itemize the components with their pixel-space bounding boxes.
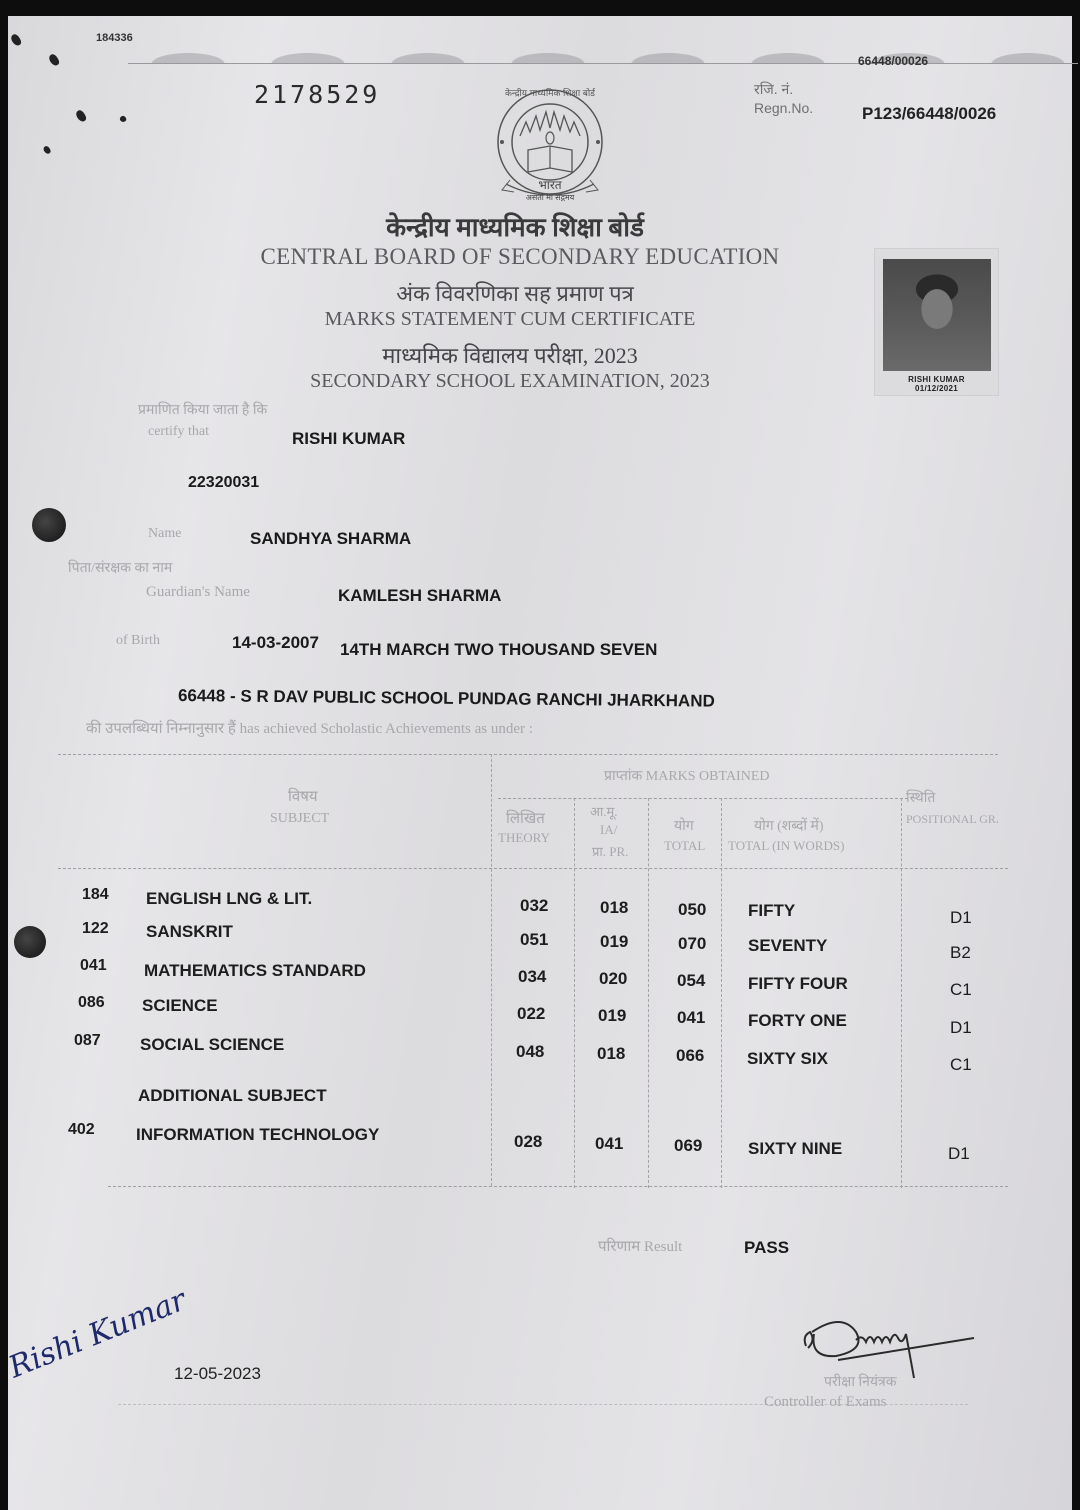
header-total-hindi: योग <box>674 816 694 835</box>
dob-label: of Birth <box>116 633 160 649</box>
controller-label: Controller of Exams <box>764 1394 886 1411</box>
school-name: 66448 - S R DAV PUBLIC SCHOOL PUNDAG RAN… <box>178 686 715 712</box>
total-in-words: FIFTY <box>748 901 795 921</box>
total-marks: 069 <box>674 1136 702 1156</box>
header-words-hindi: योग (शब्दों में) <box>754 816 824 835</box>
total-marks: 070 <box>678 934 706 954</box>
mother-name-label: Name <box>148 526 181 542</box>
header-subject-hindi: विषय <box>288 786 318 806</box>
paper-hole <box>75 109 88 123</box>
ia-marks: 018 <box>600 898 628 918</box>
student-photo: RISHI KUMAR 01/12/2021 <box>874 248 999 396</box>
certify-label: certify that <box>148 424 209 440</box>
column-divider <box>901 798 902 1188</box>
theory-marks: 051 <box>520 930 548 950</box>
photo-caption-name: RISHI KUMAR <box>875 375 998 384</box>
total-in-words: FORTY ONE <box>748 1011 847 1031</box>
school-reference-top: 66448/00026 <box>858 54 928 68</box>
subject-code: 122 <box>82 920 109 938</box>
guardian-label: Guardian's Name <box>146 584 250 601</box>
subject-name: SOCIAL SCIENCE <box>140 1035 284 1055</box>
header-theory: THEORY <box>498 830 550 846</box>
security-guilloche-band <box>128 38 1078 64</box>
theory-marks: 032 <box>520 896 548 916</box>
total-marks: 041 <box>677 1008 705 1028</box>
result-label-english: Result <box>644 1239 682 1255</box>
achievement-text-hindi: की उपलब्धियां निम्नानुसार हैं <box>86 721 236 737</box>
column-divider <box>574 798 575 1188</box>
positional-grade: C1 <box>950 1055 972 1075</box>
subject-name: SCIENCE <box>142 996 218 1016</box>
achievement-text-english: has achieved Scholastic Achievements as … <box>240 721 533 737</box>
board-name-hindi: केन्द्रीय माध्यमिक शिक्षा बोर्ड <box>8 208 1072 244</box>
result-value: PASS <box>744 1238 789 1258</box>
seal-text-top: केन्द्रीय माध्यमिक शिक्षा बोर्ड <box>486 86 614 99</box>
theory-marks: 048 <box>516 1042 544 1062</box>
table-header-bottom-border <box>58 868 1008 869</box>
additional-subject-label: ADDITIONAL SUBJECT <box>138 1086 327 1106</box>
guardian-label-hindi: पिता/संरक्षक का नाम <box>68 558 172 577</box>
theory-marks: 034 <box>518 967 546 987</box>
paper-hole <box>42 145 51 155</box>
header-marks-group-english: MARKS OBTAINED <box>646 769 770 784</box>
achievement-text: की उपलब्धियां निम्नानुसार हैं has achiev… <box>86 718 533 738</box>
paper-hole <box>10 33 23 47</box>
marks-group-divider <box>498 798 908 799</box>
subject-code: 087 <box>74 1032 101 1050</box>
total-marks: 066 <box>676 1046 704 1066</box>
controller-label-hindi: परीक्षा नियंत्रक <box>824 1372 896 1391</box>
paper-hole <box>119 115 127 123</box>
ia-marks: 018 <box>597 1044 625 1064</box>
board-name-english-text: CENTRAL BOARD OF SECONDARY EDUCATION <box>261 244 780 269</box>
candidate-name: RISHI KUMAR <box>292 429 405 449</box>
binder-punch-hole <box>32 508 66 542</box>
total-in-words: SEVENTY <box>748 936 827 956</box>
ia-marks: 020 <box>599 969 627 989</box>
column-divider <box>491 754 492 1186</box>
guardian-name: KAMLESH SHARMA <box>338 586 501 606</box>
positional-grade: B2 <box>950 943 971 963</box>
seal-motto: असतो मा सद्गमय <box>486 192 614 203</box>
regn-number: P123/66448/0026 <box>862 104 996 124</box>
total-marks: 050 <box>678 900 706 920</box>
total-in-words: FIFTY FOUR <box>748 974 848 994</box>
header-subject: SUBJECT <box>270 811 329 827</box>
header-ia-hindi: आ.मू. <box>590 802 618 820</box>
total-in-words: SIXTY NINE <box>748 1139 842 1159</box>
seal-text-center: भारत <box>486 176 614 193</box>
certificate-serial-number: 2178529 <box>254 80 380 109</box>
subject-name: INFORMATION TECHNOLOGY <box>136 1125 379 1145</box>
header-marks-group-hindi: प्राप्तांक <box>604 769 642 784</box>
subject-code: 041 <box>80 957 107 975</box>
regn-label: Regn.No. <box>754 100 813 116</box>
positional-grade: D1 <box>948 1144 970 1164</box>
top-serial: 184336 <box>96 32 133 44</box>
table-top-border <box>58 754 998 755</box>
cbse-emblem-icon: केन्द्रीय माध्यमिक शिक्षा बोर्ड भारत असत… <box>486 88 614 208</box>
photo-caption-date: 01/12/2021 <box>875 384 998 393</box>
theory-marks: 022 <box>517 1004 545 1024</box>
column-divider <box>648 798 649 1188</box>
regn-label-hindi: रजि. नं. <box>754 80 793 99</box>
subject-name: SANSKRIT <box>146 922 233 942</box>
theory-marks: 028 <box>514 1132 542 1152</box>
ia-marks: 019 <box>600 932 628 952</box>
binder-punch-hole <box>14 926 46 958</box>
ia-marks: 019 <box>598 1006 626 1026</box>
result-label-hindi: परिणाम <box>598 1239 640 1255</box>
subject-code: 402 <box>68 1121 95 1139</box>
student-signature-text: Rishi Kumar <box>8 1286 193 1386</box>
roll-number: 22320031 <box>188 474 259 492</box>
header-grade: POSITIONAL GRADE <box>906 812 998 827</box>
header-grade-hindi: स्थिति <box>906 788 935 807</box>
paper-hole <box>48 53 61 67</box>
certify-label-hindi: प्रमाणित किया जाता है कि <box>138 400 267 419</box>
header-pr: प्रा. PR. <box>592 842 628 860</box>
date-of-birth: 14-03-2007 <box>232 633 319 653</box>
header-ia: IA/ <box>600 822 617 838</box>
date-of-birth-words: 14TH MARCH TWO THOUSAND SEVEN <box>340 640 657 660</box>
header-total: TOTAL <box>664 838 705 854</box>
result-label: परिणाम Result <box>598 1236 682 1256</box>
positional-grade: C1 <box>950 980 972 1000</box>
total-in-words: SIXTY SIX <box>747 1049 828 1069</box>
header-theory-hindi: लिखित <box>506 808 545 828</box>
subject-name: ENGLISH LNG & LIT. <box>146 889 312 909</box>
mother-name: SANDHYA SHARMA <box>250 529 411 549</box>
column-divider <box>721 798 722 1188</box>
subject-code: 184 <box>82 886 109 904</box>
subject-code: 086 <box>78 994 105 1012</box>
positional-grade: D1 <box>950 1018 972 1038</box>
total-marks: 054 <box>677 971 705 991</box>
issue-date: 12-05-2023 <box>174 1364 261 1384</box>
header-words: TOTAL (IN WORDS) <box>728 838 844 854</box>
table-bottom-border <box>108 1186 1008 1187</box>
marks-statement-document: 184336 66448/00026 2178529 रजि. नं. Regn… <box>8 16 1072 1510</box>
header-marks-group: प्राप्तांक MARKS OBTAINED <box>604 766 769 785</box>
ia-marks: 041 <box>595 1134 623 1154</box>
positional-grade: D1 <box>950 908 972 928</box>
subject-name: MATHEMATICS STANDARD <box>144 961 366 981</box>
student-portrait <box>883 259 991 371</box>
